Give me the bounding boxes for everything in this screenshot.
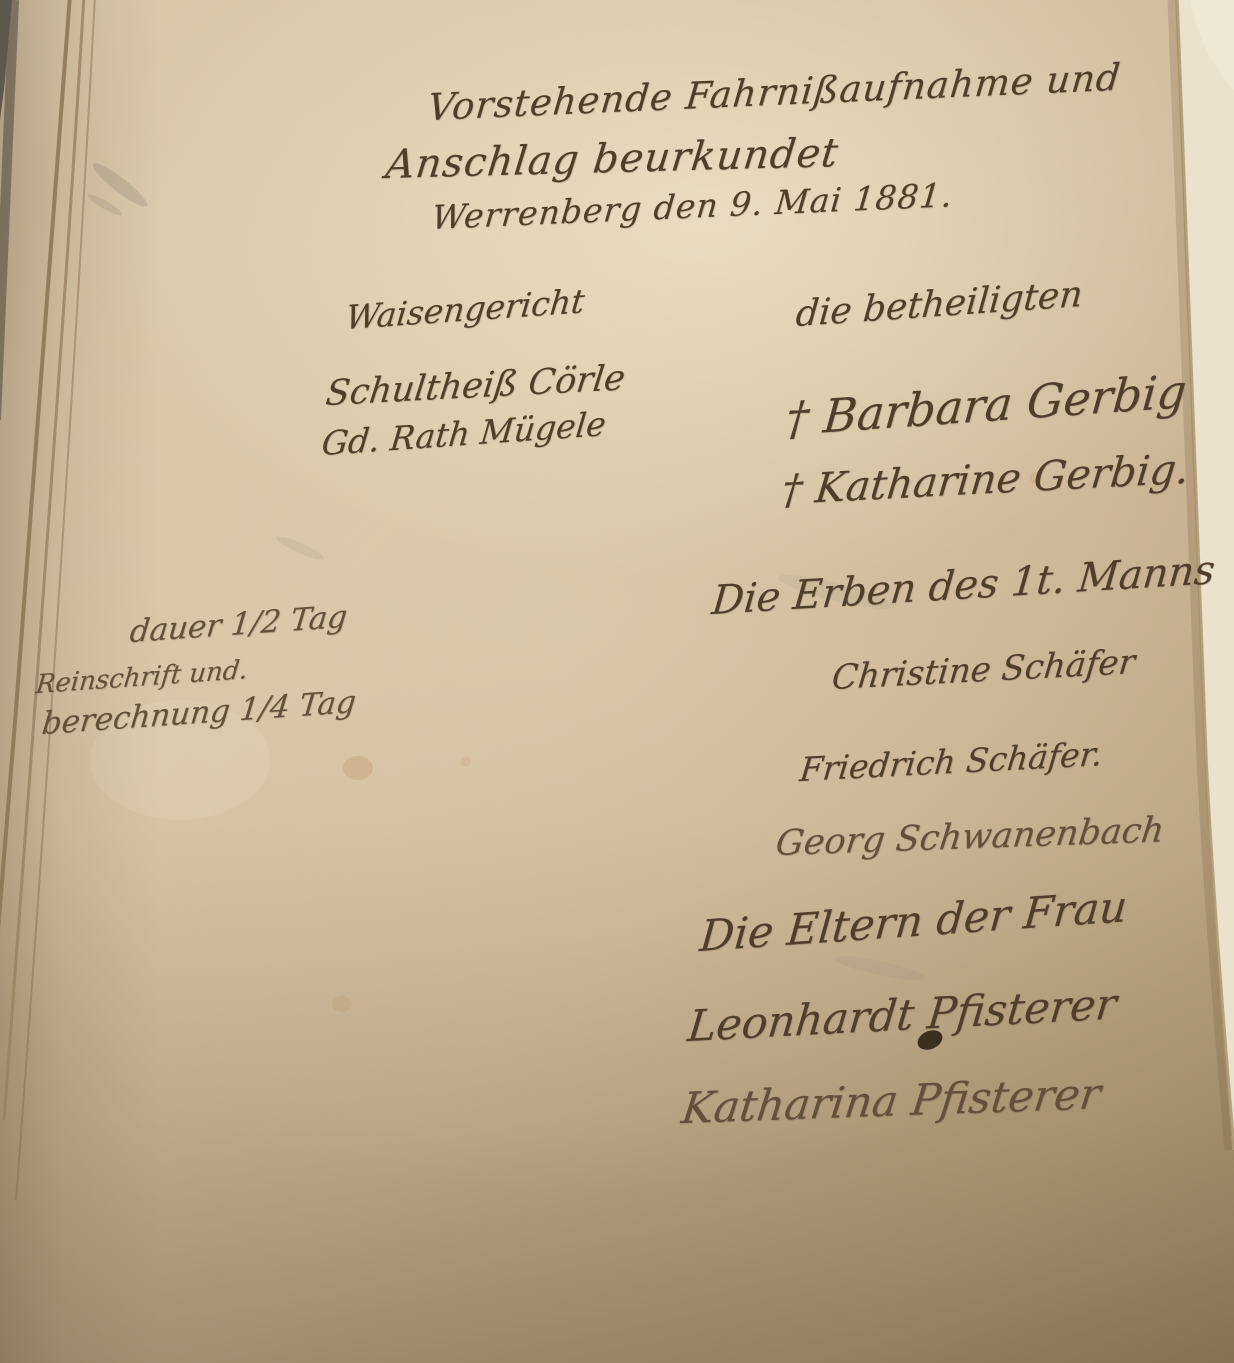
page-stack-edges <box>0 0 95 1200</box>
manuscript-page: Vorstehende Fahrnißaufnahme und Anschlag… <box>0 0 1234 1363</box>
